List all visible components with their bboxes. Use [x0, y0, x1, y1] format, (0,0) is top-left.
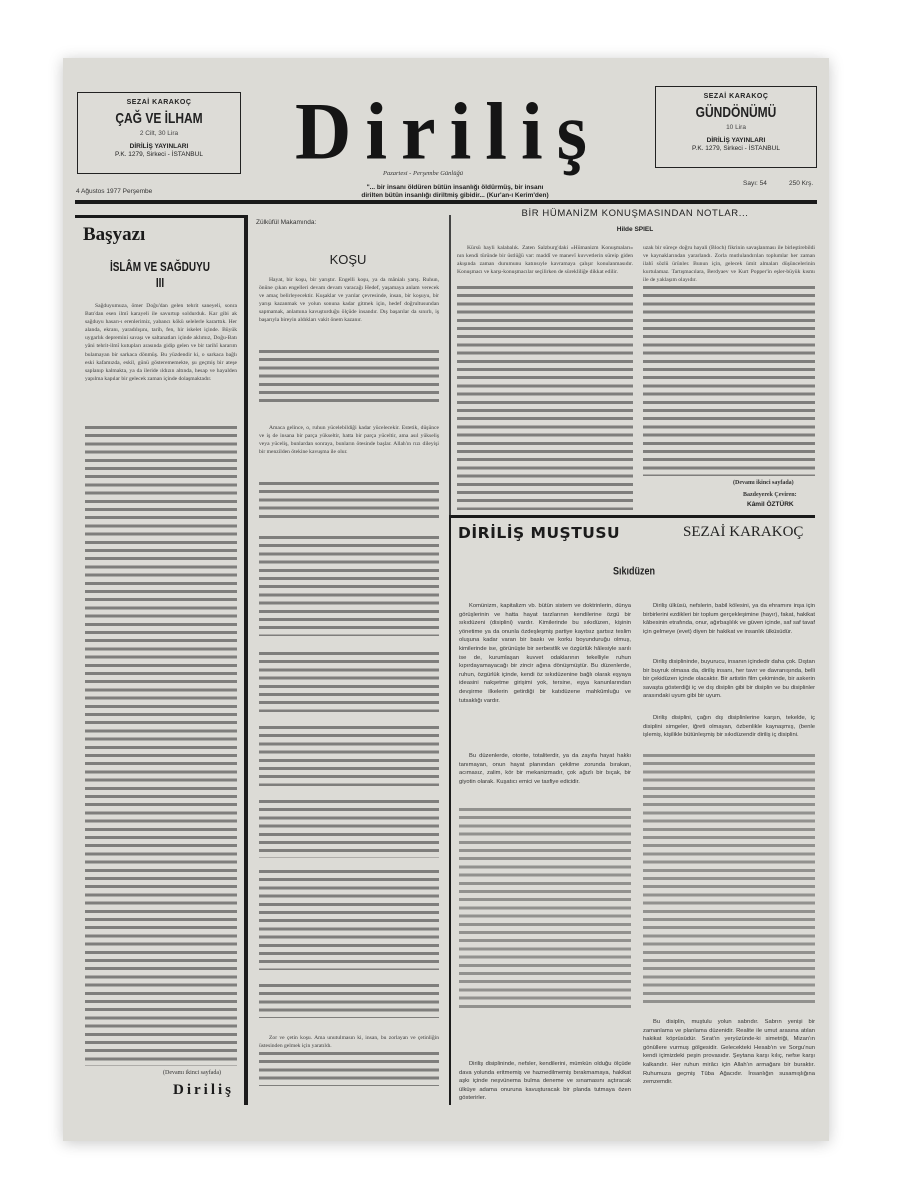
mustusu-col1-lines: [459, 808, 631, 1008]
editorial-right-border: [244, 215, 248, 1105]
mustusu-title: DİRİLİŞ MUŞTUSU: [458, 524, 620, 542]
humanizm-col1-lines: [457, 286, 633, 510]
kosu-body-lines-1: [259, 536, 439, 636]
ad-author: SEZAİ KARAKOÇ: [656, 93, 816, 100]
ad-detail: 2 Cilt, 30 Lira: [78, 130, 240, 137]
editorial-headline: İSLÂM VE SAĞDUYU: [75, 260, 245, 274]
mustusu-col1-para2: Bu düzenlerde, otorite, totaliterdir, ya…: [459, 752, 631, 804]
kosu-title: KOŞU: [253, 252, 443, 267]
ad-title: ÇAĞ VE İLHAM: [78, 109, 240, 127]
mustusu-col1-para1: Komünizm, kapitalizm vb. bütün sistem ve…: [459, 602, 631, 748]
mustusu-left-border: [449, 515, 451, 1105]
humanizm-col2-intro: uzak bir süreçe doğru hayali (Bloch) fik…: [643, 244, 815, 284]
ad-author: SEZAİ KARAKOÇ: [78, 99, 240, 106]
mustusu-top-rule: [449, 515, 815, 518]
kosu-body-lines-5: [259, 870, 439, 970]
issue-date: 4 Ağustos 1977 Perşembe: [76, 188, 152, 195]
quote-line-1: "... bir insanı öldüren bütün insanlığı …: [325, 184, 585, 192]
humanizm-translator-label: Bazdeyerek Çeviren:: [743, 492, 797, 498]
ad-box-cag-ve-ilham: SEZAİ KARAKOÇ ÇAĞ VE İLHAM 2 Cilt, 30 Li…: [77, 92, 241, 174]
mustusu-col2-lines: [643, 754, 815, 1004]
ad-title: GÜNDÖNÜMÜ: [656, 103, 816, 121]
issue-number: Sayı: 54: [743, 180, 767, 187]
mustusu-author: SEZAİ KARAKOÇ: [683, 524, 803, 541]
editorial-part: III: [75, 276, 245, 290]
masthead-title: Diriliş: [273, 90, 623, 172]
column-divider: [449, 215, 451, 515]
mustusu-col2-para1: Diriliş ülküsü, nefslerin, babil kölesin…: [643, 602, 815, 654]
mustusu-col2-para3: Diriliş disiplini, çağın dış disiplinler…: [643, 714, 815, 750]
mustusu-subtitle: Sıkıdüzen: [451, 565, 817, 577]
kosu-para3: Zor ve çetin koşu. Ama unutulmasın ki, i…: [259, 1034, 439, 1050]
ad-detail: 10 Lira: [656, 124, 816, 131]
editorial-section-title: Başyazı: [83, 224, 145, 246]
newspaper-page: SEZAİ KARAKOÇ ÇAĞ VE İLHAM 2 Cilt, 30 Li…: [63, 58, 829, 1141]
editorial-intro: Sağduyumuza, ömer Doğu'dan gelen tehrit …: [85, 302, 237, 422]
editorial-top-rule: [75, 215, 245, 218]
ad-box-gundonumu: SEZAİ KARAKOÇ GÜNDÖNÜMÜ 10 Lira DİRİLİŞ …: [655, 86, 817, 168]
kosu-para2: Amaca gelince, o, ruhun yücelebildiği ka…: [259, 424, 439, 480]
humanizm-col1-intro: Kürsü hayli kalabalık. Zaten Salzburg'da…: [457, 244, 633, 284]
ad-publisher: DİRİLİŞ YAYINLARI: [656, 137, 816, 144]
kosu-lead: Hayat, bir koşu, bir yarıştır. Engelli k…: [259, 276, 439, 348]
ad-address: P.K. 1279, Sirkeci - İSTANBUL: [78, 151, 240, 158]
kosu-body-lines-4: [259, 800, 439, 858]
humanizm-title: BİR HÜMANİZM KONUŞMASINDAN NOTLAR...: [455, 208, 815, 219]
kosu-byline: Zülküfül Makamında:: [256, 219, 316, 226]
kosu-body-lines-7: [259, 1052, 439, 1086]
humanizm-col2-lines: [643, 286, 815, 476]
mustusu-col2-para2: Diriliş disiplininde, buyurucu, insanın …: [643, 658, 815, 710]
ad-publisher: DİRİLİŞ YAYINLARI: [78, 143, 240, 150]
kosu-body-lines-3: [259, 726, 439, 786]
editorial-continued: (Devamı ikinci sayfada): [163, 1070, 221, 1076]
editorial-footer-logo: Diriliş: [173, 1082, 234, 1099]
mustusu-col1-para3: Diriliş disiplininde, nefsler, kendileri…: [459, 1060, 631, 1104]
kosu-para2-lines: [259, 482, 439, 518]
humanizm-author: Hilde SPIEL: [455, 226, 815, 233]
kosu-body-lines-2: [259, 652, 439, 712]
masthead-rule: [75, 200, 817, 204]
masthead-quote: "... bir insanı öldüren bütün insanlığı …: [325, 184, 585, 201]
masthead-tagline: Pazartesi - Perşembe Günlüğü: [363, 170, 483, 177]
issue-price: 250 Krş.: [789, 180, 813, 187]
humanizm-continued: (Devamı ikinci sayfada): [733, 480, 794, 486]
kosu-lead-lines: [259, 350, 439, 404]
editorial-body-lines: [85, 426, 237, 1066]
humanizm-translator: Kâmil ÖZTÜRK: [747, 501, 794, 508]
kosu-body-lines-6: [259, 984, 439, 1018]
ad-address: P.K. 1279, Sirkeci - İSTANBUL: [656, 145, 816, 152]
mustusu-col2-para4: Bu disiplin, muştulu yolun sabrıdır. Sab…: [643, 1018, 815, 1104]
